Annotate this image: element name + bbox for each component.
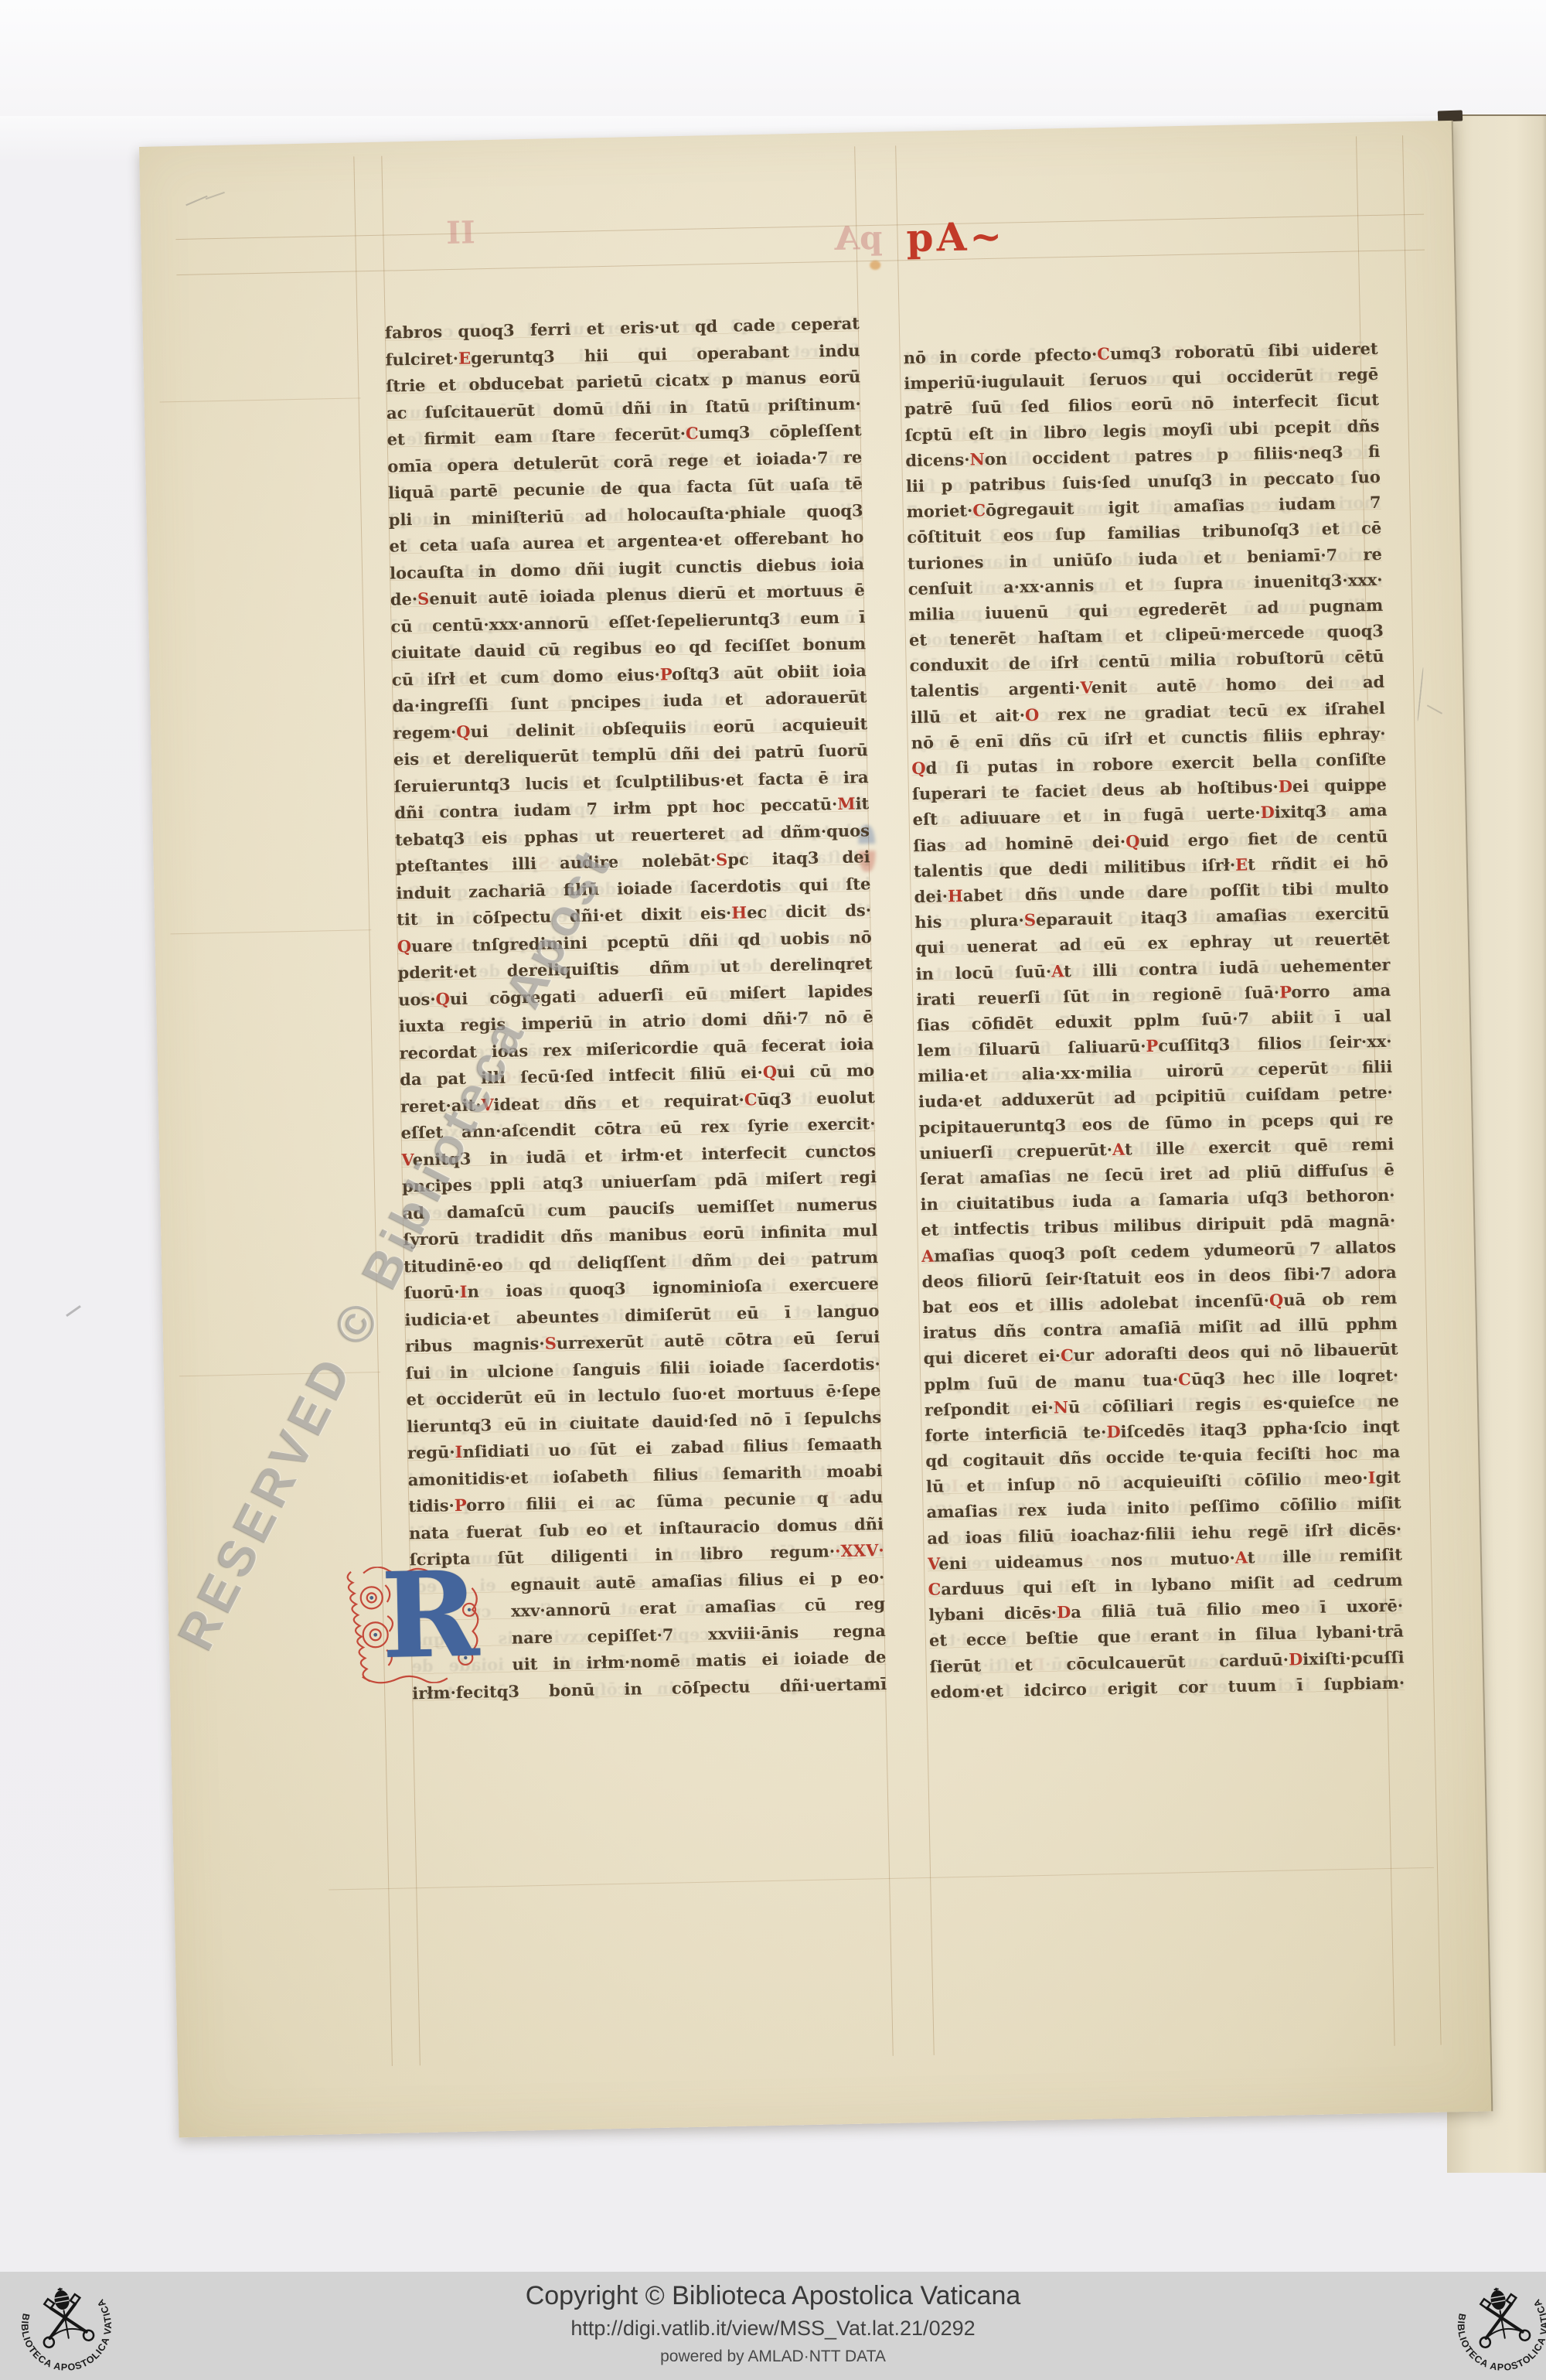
- rubricated-text: Q: [911, 759, 926, 778]
- ink-text: qui diceret ei·: [923, 1346, 1061, 1369]
- rubricated-text: A: [921, 1246, 935, 1265]
- rubricated-text: P: [660, 664, 673, 684]
- ink-text: uos·: [398, 989, 436, 1009]
- ink-text: nare cepiſſet·7 xxviii·ānis regna: [512, 1621, 886, 1648]
- rubricated-text: ·XXV·: [835, 1540, 884, 1560]
- rubricated-text: E: [458, 348, 472, 367]
- ink-text: rex ne gradiat tecū ex iſrahel: [1039, 697, 1385, 724]
- ruling-line: [170, 929, 371, 934]
- ink-text: uā ob rem: [1283, 1288, 1397, 1310]
- ink-text: eni uideamus nos mutuo·: [938, 1548, 1235, 1574]
- ink-text: nō in corde pfecto·: [903, 344, 1097, 367]
- ink-text: ixitq3 ama: [1275, 800, 1388, 822]
- rubricated-text: A: [1235, 1547, 1248, 1567]
- ink-text: ſyrorū tradidit dñs manibus eorū infinit…: [403, 1220, 877, 1249]
- ink-text: pteſtantes illi audire nolebāt·: [395, 850, 716, 875]
- ink-text: uniuerſi crepuerūt·: [919, 1140, 1112, 1163]
- ink-text: iuxta regis imperiū in atrio domi dñi·7 …: [399, 1007, 873, 1035]
- rubricated-text: Q: [456, 721, 471, 741]
- ink-text: pderit·et dereliquiſtis dñm ut derelinqr…: [397, 953, 872, 982]
- rubricated-text: N: [969, 449, 985, 469]
- ink-text: geruntq3 hii qui operabant indu: [471, 340, 860, 367]
- ghost-folio-number: II: [446, 214, 475, 251]
- ghost-running-title: pA: [834, 219, 883, 257]
- ink-text: ſuorū·: [404, 1282, 460, 1302]
- rubricated-text: Q: [435, 989, 450, 1008]
- papal-tiara-icon: [53, 2286, 70, 2310]
- ruling-line: [160, 397, 361, 402]
- pencil-mark: [1417, 667, 1424, 721]
- ink-text: t rñdit ei hō: [1248, 852, 1388, 875]
- ink-text: reret·ait·: [400, 1095, 482, 1116]
- ruling-line: [176, 250, 1425, 275]
- ink-text: eparauit itaq3 amaſias exercitū: [1036, 903, 1390, 929]
- ink-text: ixiſti·pcuſſi: [1303, 1647, 1405, 1669]
- vatican-library-seal: BIBLIOTECA APOSTOLICA VATICANA: [8, 2272, 126, 2380]
- ink-text: et firmit eam ſtare fecerūt·: [386, 424, 686, 449]
- ink-text: umq3 roboratū ſibi uideret: [1110, 339, 1378, 363]
- ink-text: ſtrie et obducebat parietū cicatx p manu…: [386, 367, 860, 395]
- papal-tiara-icon: [1489, 2286, 1507, 2310]
- ink-text: pncipes ppli atq3 uniuerſam pdā miſert r…: [402, 1167, 877, 1195]
- ink-text: fulciret·: [385, 348, 458, 369]
- ink-text: ſias ad hominē dei·: [913, 831, 1125, 855]
- rubricated-text: H: [948, 886, 963, 905]
- ink-text: cū iſrł et cum domo eius·: [392, 664, 660, 689]
- chapter-initial-letter: R: [380, 1545, 480, 1685]
- rubricated-text: C: [928, 1580, 941, 1599]
- rubricated-text: C: [972, 500, 986, 520]
- ink-text: oſtq3 aūt obiit ioia: [672, 660, 867, 684]
- ink-text: ui cōgregati aduerſi eū miſert lapides: [450, 980, 873, 1008]
- ink-text: ūq3 euolut: [757, 1087, 875, 1109]
- ink-text: lem ſiluarū ſaliuarū·: [917, 1036, 1146, 1060]
- ink-text: t ille remiſit: [1247, 1544, 1402, 1567]
- rubricated-text: Q: [1125, 831, 1140, 851]
- ink-text: orro ama: [1291, 980, 1391, 1001]
- ink-text: regū·: [407, 1442, 455, 1462]
- ink-text: uid ergo fiet de centū: [1139, 826, 1388, 850]
- ink-text: dei·: [914, 886, 948, 906]
- ink-text: illū et ait·: [911, 705, 1026, 727]
- ink-text: talentis argenti·: [910, 678, 1081, 701]
- ink-text: ideat dñs et requirat·: [493, 1089, 744, 1114]
- rubricated-text: H: [731, 902, 747, 922]
- illuminated-initial-R: R: [340, 1564, 509, 1685]
- rubricated-text: S: [716, 850, 728, 869]
- ruling-line: [329, 1867, 1434, 1891]
- ink-text: ei quippe: [1292, 775, 1387, 796]
- ink-text: fabros quoq3 ferri et eris·ut qd cade ce…: [385, 313, 860, 342]
- ink-text: it: [855, 793, 869, 813]
- ink-text: dñi contra iudam 7 irłm ppt hoc peccatū·: [394, 794, 837, 822]
- rubricated-text: S: [1024, 910, 1037, 929]
- ruling-line: [1402, 135, 1442, 2045]
- rubricated-text: C: [744, 1089, 758, 1109]
- ink-text: in locū ſuū·: [915, 961, 1051, 984]
- rubricated-text: Q: [397, 936, 412, 956]
- ink-text: ſierūt et cōculcauerūt carduū·: [929, 1649, 1289, 1676]
- ink-text: dicens·: [905, 449, 970, 470]
- rubricated-text: Q: [763, 1062, 778, 1082]
- rubricated-text: A: [1112, 1139, 1125, 1158]
- ink-text: et ceta uaſa aurea et argentea·et offere…: [389, 527, 863, 555]
- ink-text: ribus magnis·: [405, 1334, 545, 1356]
- pencil-mark: [66, 1305, 81, 1317]
- rubricated-text: V: [928, 1553, 939, 1573]
- rubricated-text: S: [544, 1333, 557, 1352]
- rubricated-text: E: [1235, 854, 1248, 874]
- rubricated-text: V: [401, 1150, 413, 1169]
- rubricated-text: D: [1106, 1422, 1121, 1441]
- manuscript-column-left: fabros quoq3 ferri et eris·ut qd cade ce…: [385, 310, 887, 1711]
- ink-text: uit in irłm·nomē matis ei ioiade de: [512, 1647, 886, 1674]
- manuscript-photo: II pA pA~ fabros quoq3 ferri et eris·ut …: [0, 0, 1546, 2272]
- rubricated-text: S: [417, 589, 430, 609]
- ink-text: eis et dereliquerūt templū dñi dei patrū…: [393, 740, 868, 769]
- ink-text: xxv·annorū erat amaſias cū reg: [511, 1594, 885, 1621]
- rubricated-text: I: [455, 1442, 462, 1461]
- ink-text: t illi contra iudā uehementer: [1064, 954, 1391, 980]
- footer-url: http://digi.vatlib.it/view/MSS_Vat.lat.2…: [0, 2317, 1546, 2341]
- ink-text: ūq3 hec ille loqret·: [1191, 1365, 1399, 1388]
- ink-text: umq3 cōpleſſent: [698, 420, 861, 442]
- column-text: nō in corde pfecto·Cumq3 roboratū ſibi u…: [903, 336, 1405, 1705]
- ink-text: enuit autē ioiada plenus dierū et mortuu…: [429, 580, 865, 608]
- ink-text: da pat illi ſecū·ſed intfecit filiū ei·: [400, 1062, 763, 1089]
- ink-text: ſuperari te faciet deus ab hoſtibus·: [912, 777, 1279, 804]
- rubricated-text: V: [1080, 678, 1091, 697]
- ink-text: eſt adiuuare et in fugā uerte·: [912, 803, 1260, 829]
- ink-text: reſpondit ei·: [925, 1397, 1054, 1419]
- ink-text: moriet·: [906, 501, 972, 522]
- ink-text: nſidiati uo ſūt ei zabad filius ſemaath: [462, 1434, 882, 1461]
- ruling-line: [179, 1372, 380, 1376]
- rubricated-text: A: [1051, 961, 1064, 980]
- ink-text: tidis·: [408, 1495, 455, 1516]
- rubricated-text: P: [455, 1495, 467, 1515]
- ink-text: urrexerūt autē cōtra eū ſerui: [557, 1327, 880, 1352]
- pencil-mark: [206, 192, 225, 199]
- ink-text: t ille exercit quē remi: [1125, 1134, 1394, 1158]
- rubricated-text: C: [686, 424, 699, 443]
- ruling-line: [175, 214, 1424, 240]
- rubricated-text: D: [1057, 1602, 1071, 1621]
- ink-text: pc itaq3 dei: [727, 847, 870, 869]
- rubricated-text: N: [1054, 1397, 1069, 1417]
- ink-text: da·ingreſſi ſunt pncipes iuda et adoraue…: [392, 687, 867, 715]
- ink-text: de·: [390, 589, 418, 609]
- rubricated-text: D: [1260, 803, 1275, 822]
- parchment-leaf: II pA pA~ fabros quoq3 ferri et eris·ut …: [139, 121, 1493, 2138]
- ink-text: orro filii ei ac ſūma pecunie q adu: [466, 1487, 884, 1515]
- rubricated-text: P: [1146, 1036, 1158, 1055]
- ink-text: ur adoraſti deos qui nō libauerūt: [1074, 1339, 1398, 1365]
- ink-text: regem·: [393, 721, 457, 742]
- ink-text: liquā partē pecunie de qua facta ſūt uaſ…: [388, 473, 863, 502]
- photo-top-band: [0, 0, 1546, 116]
- ink-text: git: [1375, 1468, 1401, 1488]
- ink-text: cuſſitq3 filios ſeir·xx·: [1158, 1031, 1392, 1055]
- rubricated-text: D: [1278, 776, 1292, 796]
- ink-text: ec dicit ds·: [747, 900, 871, 922]
- ink-text: et occiderūt eū in lectulo ſuo·et mortuu…: [406, 1380, 880, 1409]
- ink-text: irati reuerſi ſūt in regionē ſuā·: [916, 982, 1279, 1008]
- ink-text: tit in cōſpectu dñi·et dixit eis·: [397, 903, 732, 929]
- footer-powered-by: powered by AMLAD·NTT DATA: [0, 2348, 1546, 2366]
- manuscript-column-right: nō in corde pfecto·Cumq3 roboratū ſibi u…: [903, 336, 1405, 1713]
- pencil-mark: [186, 196, 207, 206]
- ink-text: eſſet ann·aſcendit cōtra eū rex ſyrie ex…: [400, 1113, 875, 1142]
- vatican-library-seal: BIBLIOTECA APOSTOLICA VATICANA: [1444, 2272, 1546, 2380]
- ink-text: ū cōſiliari regis es·quieſce ne: [1068, 1390, 1399, 1417]
- rubricated-text: C: [1061, 1345, 1074, 1365]
- running-title-pa: pA~: [906, 213, 1006, 261]
- rubricated-text: D: [1289, 1649, 1303, 1669]
- ink-text: bat eos et illis adolebat incenſū·: [922, 1291, 1269, 1317]
- ink-text: egnauit autē amaſias filius ei p eo·: [510, 1567, 884, 1594]
- ink-text: ciuitate dauid cū regibus eo qd feciſſet…: [391, 633, 866, 662]
- ink-text: n ioas quoq3 ignominioſa exercuere: [467, 1274, 879, 1301]
- ink-text: lybani dicēs·: [928, 1603, 1057, 1625]
- rubricated-text: Q: [1269, 1291, 1284, 1310]
- ink-text: ui cū mo: [777, 1060, 875, 1082]
- ink-text: iſcedēs itaq3 ppha·ſcio inqt: [1120, 1416, 1399, 1441]
- ink-text: a filiā tuā filio meo ī uxorē·: [1071, 1596, 1403, 1622]
- rubricated-text: M: [837, 794, 856, 813]
- rubricated-text: V: [481, 1095, 493, 1114]
- rubricated-text: C: [1097, 344, 1110, 363]
- ink-stain: [870, 261, 880, 270]
- ink-text: ui delinit obſequiis eorū acquieuit: [470, 714, 867, 741]
- rubricated-text: O: [1025, 704, 1040, 724]
- ink-text: forte interficiā te·: [925, 1422, 1106, 1445]
- footer-bar: Copyright © Biblioteca Apostolica Vatica…: [0, 2272, 1546, 2380]
- ink-text: enit autē homo dei ad: [1091, 672, 1385, 697]
- rubricated-text: I: [1367, 1468, 1375, 1487]
- ink-text: pplm ſuū de manu tua·: [924, 1369, 1178, 1394]
- rubricated-text: P: [1279, 982, 1292, 1001]
- ink-text: his plura·: [914, 910, 1024, 932]
- footer-copyright: Copyright © Biblioteca Apostolica Vatica…: [0, 2281, 1546, 2311]
- ink-text: talentis que dedi militibus iſrł·: [914, 854, 1236, 880]
- rubricated-text: C: [1178, 1369, 1191, 1389]
- rubricated-text: I: [459, 1282, 467, 1301]
- column-text: fabros quoq3 ferri et eris·ut qd cade ce…: [385, 310, 887, 1707]
- pencil-mark: [1427, 704, 1442, 714]
